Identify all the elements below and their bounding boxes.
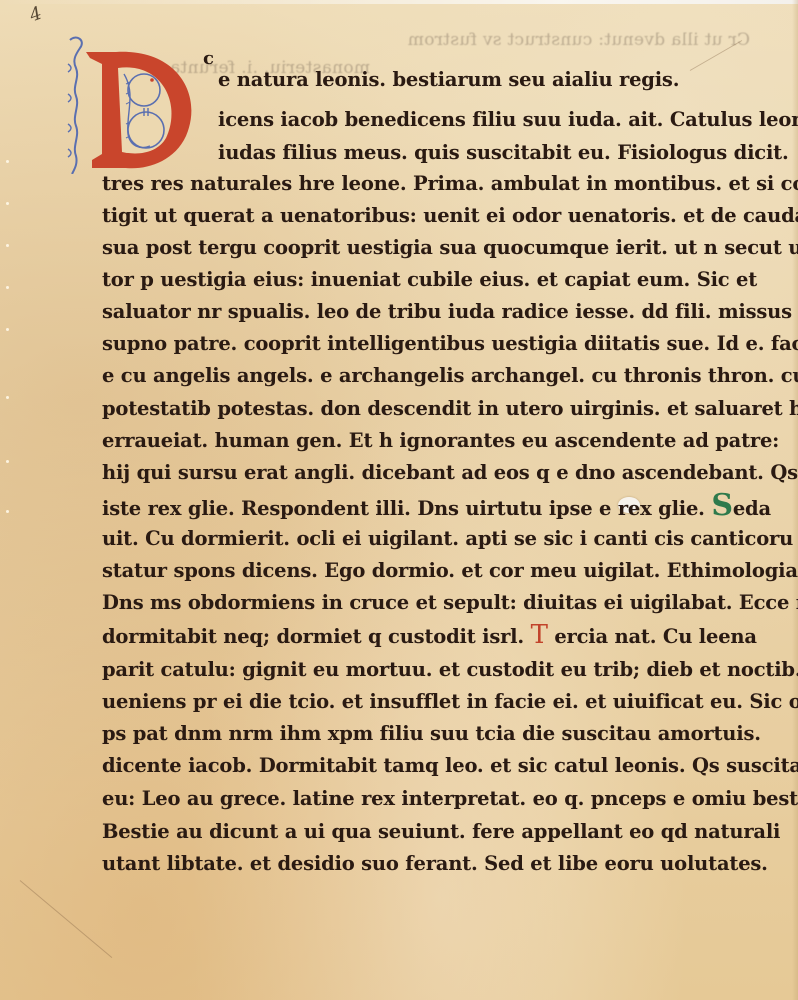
- prick-hole: [6, 244, 9, 247]
- text-line: iste rex glie. Respondent illi. Dns uirt…: [102, 494, 771, 521]
- text-line: e cu angelis angels. e archangelis archa…: [102, 364, 798, 388]
- text-line: dormitabit neq; dormiet q custodit isrl.…: [102, 623, 757, 649]
- text-line: Dns ms obdormiens in cruce et sepult: di…: [102, 591, 798, 615]
- rubric-small-c: c: [203, 48, 214, 69]
- prick-hole: [6, 202, 9, 205]
- initial-D-icon: [66, 34, 196, 174]
- prick-hole: [6, 396, 9, 399]
- text-line: tres res naturales hre leone. Prima. amb…: [102, 172, 798, 196]
- text-line: ueniens pr ei die tcio. et insufflet in …: [102, 690, 798, 714]
- text-line: tor p uestigia eius: inueniat cubile eiu…: [102, 268, 757, 292]
- text-line: utant libtate. et desidio suo ferant. Se…: [102, 852, 768, 876]
- page-right-edge: [792, 0, 798, 1000]
- text-line: ps pat dnm nrm ihm xpm filiu suu tcia di…: [102, 722, 761, 746]
- illuminated-initial-D: D: [66, 34, 196, 174]
- text-segment: iste rex glie. Respondent illi. Dns uirt…: [102, 497, 705, 520]
- prick-hole: [6, 460, 9, 463]
- text-line: potestatib potestas. don descendit in ut…: [102, 397, 798, 421]
- text-line: Bestie au dicunt a ui qua seuiunt. fere …: [102, 820, 780, 844]
- text-line: sua post tergu cooprit uestigia sua quoc…: [102, 236, 798, 260]
- text-line: saluator nr spualis. leo de tribu iuda r…: [102, 300, 798, 324]
- page-top-edge: [0, 0, 798, 4]
- text-line: statur spons dicens. Ego dormio. et cor …: [102, 559, 798, 583]
- prick-hole: [6, 328, 9, 331]
- text-line: e natura leonis. bestiarum seu aialiu re…: [218, 68, 679, 92]
- text-segment: dormitabit neq; dormiet q custodit isrl.: [102, 625, 524, 648]
- manuscript-page: 4 Cr ut illa dvenut: cunstruct sv fustro…: [0, 0, 798, 1000]
- prick-holes: [6, 160, 14, 540]
- text-line: dicente iacob. Dormitabit tamq leo. et s…: [102, 754, 798, 778]
- text-line: uit. Cu dormierit. ocli ei uigilant. apt…: [102, 527, 798, 551]
- prick-hole: [6, 286, 9, 289]
- prick-hole: [6, 160, 9, 163]
- text-line: supno patre. cooprit intelligentibus ues…: [102, 332, 798, 356]
- prick-hole: [6, 510, 9, 513]
- text-segment: eda: [733, 497, 771, 520]
- parchment-crease: [20, 880, 113, 958]
- text-line: hij qui sursu erat angli. dicebant ad eo…: [102, 461, 798, 485]
- text-line: eu: Leo au grece. latine rex interpretat…: [102, 787, 798, 811]
- green-initial-S: S: [711, 488, 732, 523]
- text-line: icens iacob benedicens filiu suu iuda. a…: [218, 108, 798, 132]
- red-initial-T: T: [531, 620, 548, 650]
- text-line: parit catulu: gignit eu mortuu. et custo…: [102, 658, 798, 682]
- text-line: erraueiat. human gen. Et h ignorantes eu…: [102, 429, 779, 453]
- text-segment: ercia nat. Cu leena: [554, 625, 757, 648]
- folio-number: 4: [27, 3, 45, 27]
- text-line: iudas filius meus. quis suscitabit eu. F…: [218, 141, 789, 165]
- text-line: tigit ut querat a uenatoribus: uenit ei …: [102, 204, 798, 228]
